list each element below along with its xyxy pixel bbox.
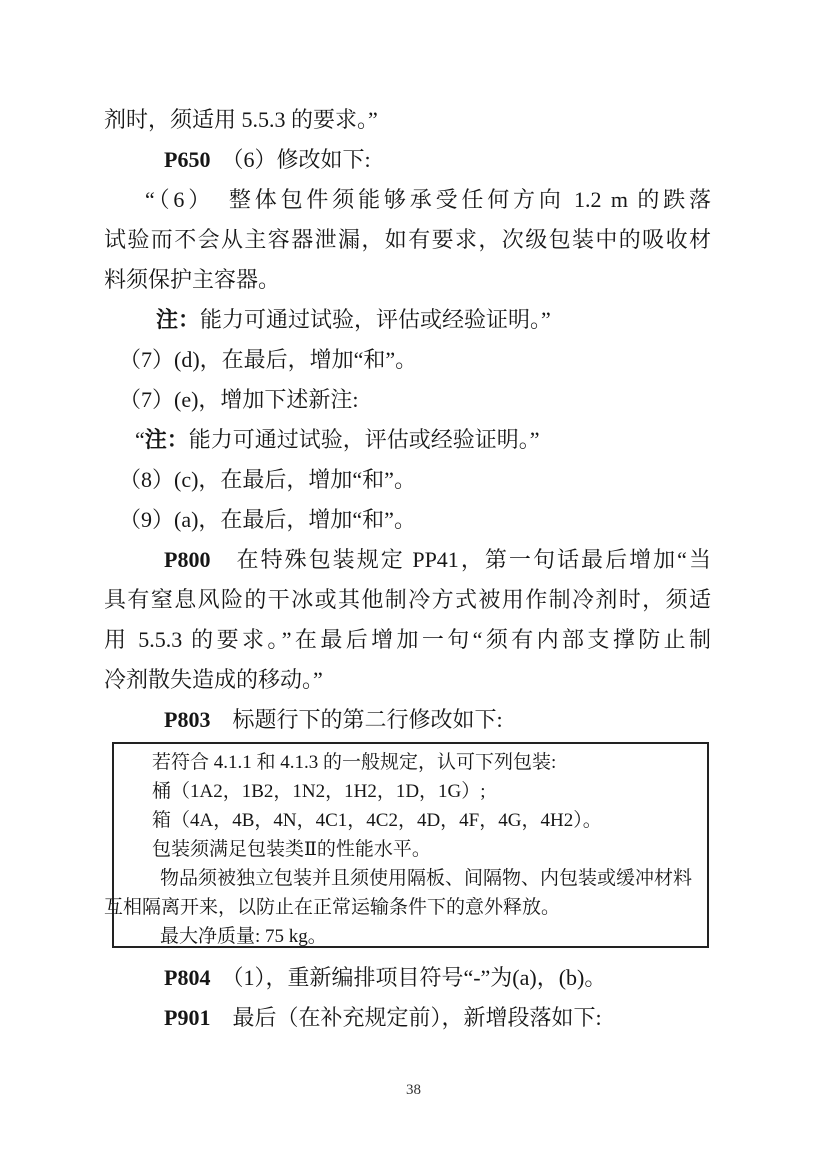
item-7e-line: （7）(e)，增加下述新注: bbox=[104, 380, 711, 420]
text-run: 最大净质量: 75 kg。 bbox=[160, 926, 327, 947]
box-general-provisions-line: 若符合 4.1.1 和 4.1.3 的一般规定，认可下列包装: bbox=[104, 748, 711, 777]
text-run: 标题行下的第二行修改如下: bbox=[210, 707, 502, 732]
box-max-net-mass-line: 最大净质量: 75 kg。 bbox=[104, 922, 711, 951]
p650-heading: P650 （6）修改如下: bbox=[104, 140, 711, 180]
text-run: （8）(c)，在最后，增加“和”。 bbox=[119, 467, 416, 492]
p800-line-4: 冷剂散失造成的移动。” bbox=[104, 660, 711, 700]
page-number: 38 bbox=[0, 1082, 827, 1099]
box-boxes-line: 箱（4A，4B，4N，4C1，4C2，4D，4F，4G，4H2）。 bbox=[104, 806, 711, 835]
box-performance-line: 包装须满足包装类Ⅱ的性能水平。 bbox=[104, 835, 711, 864]
p901-heading: P901 最后（在补充规定前），新增段落如下: bbox=[104, 998, 711, 1038]
body-text: 剂时，须适用 5.5.3 的要求。”P650 （6）修改如下:“（6） 整体包件… bbox=[104, 100, 711, 740]
text-run: （7）(e)，增加下述新注: bbox=[119, 387, 359, 412]
p650-item6-line-3: 料须保护主容器。 bbox=[104, 260, 711, 300]
bold-run: P901 bbox=[164, 1005, 210, 1030]
text-run: 桶（1A2，1B2，1N2，1H2，1D，1G）; bbox=[152, 781, 486, 802]
text-run: 在特殊包装规定 PP41，第一句话最后增加“当 bbox=[210, 547, 711, 572]
text-run: 物品须被独立包装并且须使用隔板、间隔物、内包装或缓冲材料 bbox=[160, 868, 692, 889]
text-run: 用 5.5.3 的要求。”在最后增加一句“须有内部支撑防止制 bbox=[104, 627, 711, 652]
p650-item6-line-2: 试验而不会从主容器泄漏，如有要求，次级包装中的吸收材 bbox=[104, 220, 711, 260]
item-9a-line: （9）(a)，在最后，增加“和”。 bbox=[104, 500, 711, 540]
bold-run: P650 bbox=[164, 147, 210, 172]
text-run: 最后（在补充规定前），新增段落如下: bbox=[210, 1005, 601, 1030]
bold-run: P804 bbox=[164, 965, 210, 990]
text-run: 包装须满足包装类Ⅱ的性能水平。 bbox=[152, 839, 431, 860]
bold-run: P803 bbox=[164, 707, 210, 732]
p650-item6-line-1: “（6） 整体包件须能够承受任何方向 1.2 m 的跌落 bbox=[104, 180, 711, 220]
text-run: 料须保护主容器。 bbox=[104, 267, 280, 292]
document-page: 剂时，须适用 5.5.3 的要求。”P650 （6）修改如下:“（6） 整体包件… bbox=[0, 0, 827, 1170]
box-articles-line-2: 互相隔离开来，以防止在正常运输条件下的意外释放。 bbox=[104, 893, 711, 922]
body-text-after-box: P804 （1），重新编排项目符号“-”为(a)，(b)。P901 最后（在补充… bbox=[104, 958, 711, 1038]
paragraph-continuation-line: 剂时，须适用 5.5.3 的要求。” bbox=[104, 100, 711, 140]
box-drums-line: 桶（1A2，1B2，1N2，1H2，1D，1G）; bbox=[104, 777, 711, 806]
bold-run: 注： bbox=[145, 427, 189, 452]
p803-heading: P803 标题行下的第二行修改如下: bbox=[104, 700, 711, 740]
p804-heading: P804 （1），重新编排项目符号“-”为(a)，(b)。 bbox=[104, 958, 711, 998]
text-run: 能力可通过试验，评估或经验证明。” bbox=[189, 427, 540, 452]
text-run: “（6） 整体包件须能够承受任何方向 1.2 m 的跌落 bbox=[145, 187, 711, 212]
item-8c-line: （8）(c)，在最后，增加“和”。 bbox=[104, 460, 711, 500]
bold-run: 注： bbox=[156, 307, 200, 332]
note-quoted-line: “注：能力可通过试验，评估或经验证明。” bbox=[104, 420, 711, 460]
text-run: （7）(d)，在最后，增加“和”。 bbox=[119, 347, 417, 372]
text-run: （1），重新编排项目符号“-”为(a)，(b)。 bbox=[210, 965, 606, 990]
text-run: 具有窒息风险的干冰或其他制冷方式被用作制冷剂时，须适 bbox=[104, 587, 711, 612]
p800-line-3: 用 5.5.3 的要求。”在最后增加一句“须有内部支撑防止制 bbox=[104, 620, 711, 660]
text-run: 试验而不会从主容器泄漏，如有要求，次级包装中的吸收材 bbox=[104, 227, 711, 252]
text-run: 能力可通过试验，评估或经验证明。” bbox=[200, 307, 551, 332]
text-run: 箱（4A，4B，4N，4C1，4C2，4D，4F，4G，4H2）。 bbox=[152, 810, 602, 831]
text-run: 剂时，须适用 5.5.3 的要求。” bbox=[104, 107, 378, 132]
text-run: 互相隔离开来，以防止在正常运输条件下的意外释放。 bbox=[104, 897, 560, 918]
p800-heading: P800 在特殊包装规定 PP41，第一句话最后增加“当 bbox=[104, 540, 711, 580]
bold-run: P800 bbox=[164, 547, 210, 572]
p800-line-2: 具有窒息风险的干冰或其他制冷方式被用作制冷剂时，须适 bbox=[104, 580, 711, 620]
note-line: 注：能力可通过试验，评估或经验证明。” bbox=[104, 300, 711, 340]
item-7d-line: （7）(d)，在最后，增加“和”。 bbox=[104, 340, 711, 380]
page-content: 剂时，须适用 5.5.3 的要求。”P650 （6）修改如下:“（6） 整体包件… bbox=[104, 100, 711, 1038]
text-run: “ bbox=[135, 427, 145, 452]
text-run: 若符合 4.1.1 和 4.1.3 的一般规定，认可下列包装: bbox=[152, 752, 556, 773]
p803-box-text: 若符合 4.1.1 和 4.1.3 的一般规定，认可下列包装:桶（1A2，1B2… bbox=[104, 748, 711, 951]
text-run: （6）修改如下: bbox=[210, 147, 370, 172]
box-articles-line-1: 物品须被独立包装并且须使用隔板、间隔物、内包装或缓冲材料 bbox=[104, 864, 711, 893]
text-run: 冷剂散失造成的移动。” bbox=[104, 667, 323, 692]
text-run: （9）(a)，在最后，增加“和”。 bbox=[119, 507, 416, 532]
